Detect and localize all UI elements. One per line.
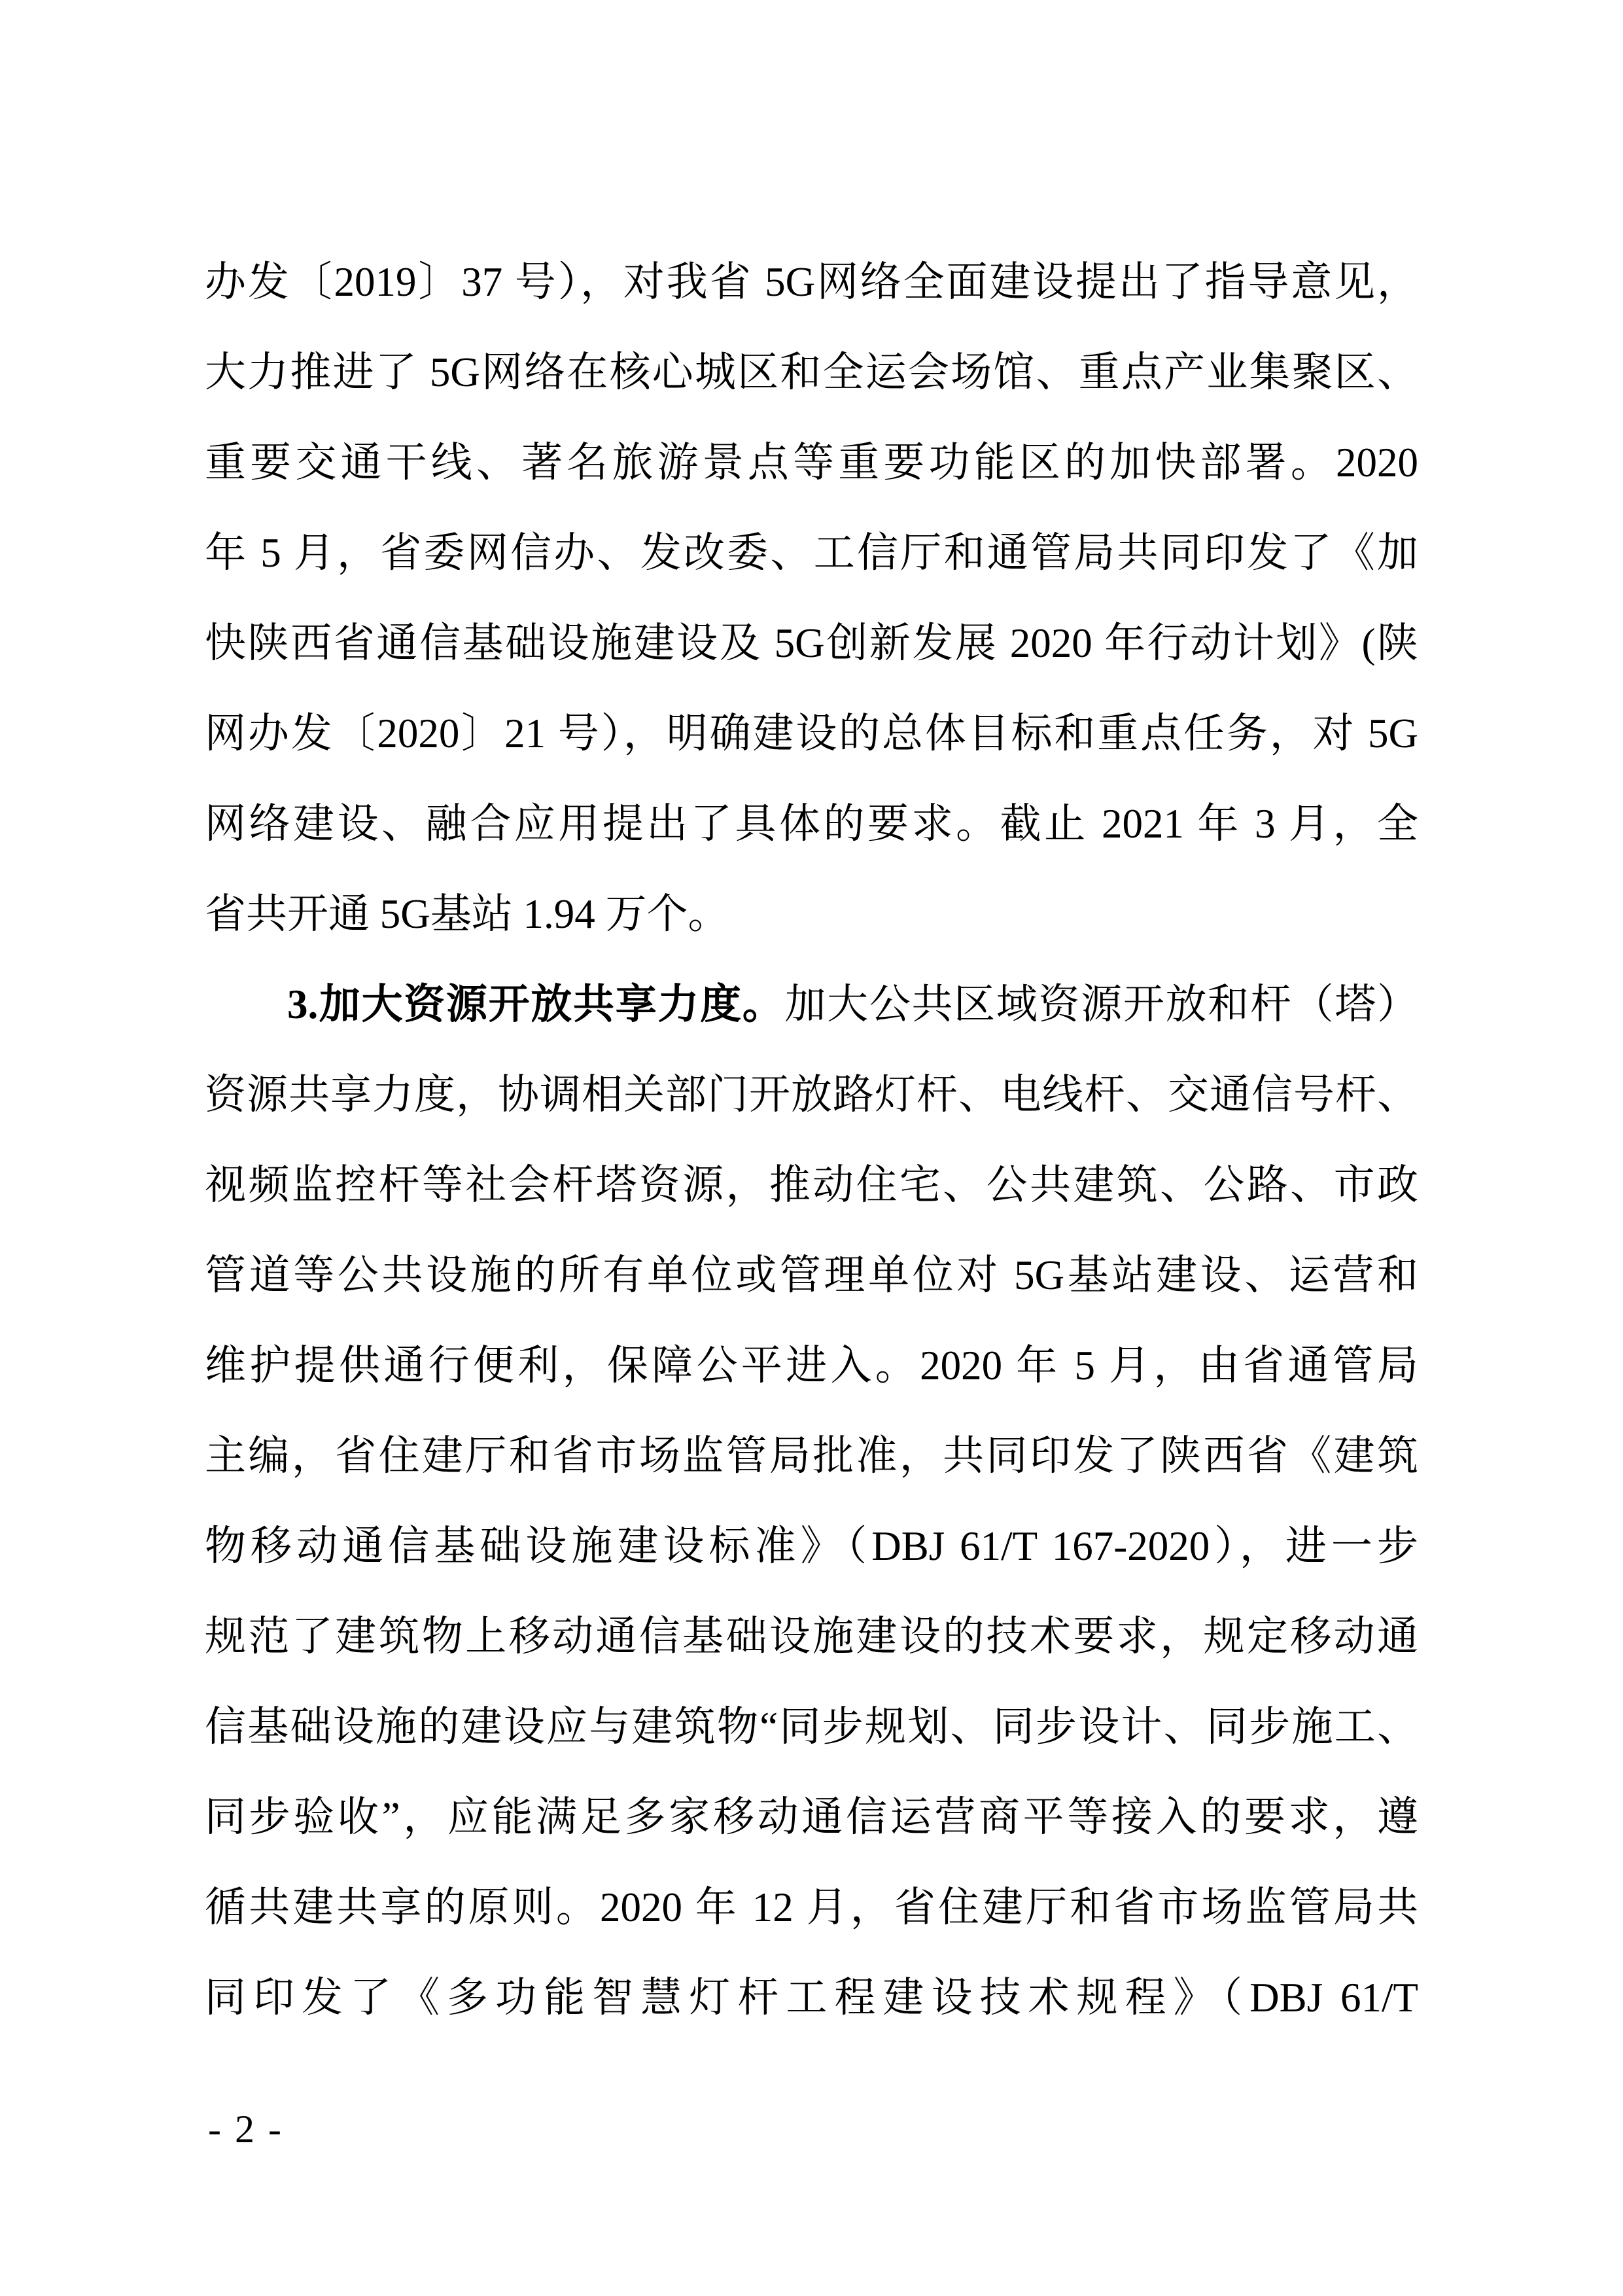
text-line: 管道等公共设施的所有单位或管理单位对 5G基站建设、运营和 [205, 1230, 1418, 1320]
text-line: 快陕西省通信基础设施建设及 5G创新发展 2020 年行动计划》(陕 [205, 598, 1418, 688]
document-page: 办发〔2019〕37 号），对我省 5G网络全面建设提出了指导意见，大力推进了 … [0, 0, 1623, 2296]
text-line: 大力推进了 5G网络在核心城区和全运会场馆、重点产业集聚区、 [205, 327, 1418, 417]
text-line: 省共开通 5G基站 1.94 万个。 [205, 869, 1418, 959]
text-line: 资源共享力度，协调相关部门开放路灯杆、电线杆、交通信号杆、 [205, 1050, 1418, 1140]
text-line: 3.加大资源开放共享力度。加大公共区域资源开放和杆（塔） [205, 959, 1418, 1050]
page-number: - 2 - [208, 2110, 281, 2149]
text-line: 信基础设施的建设应与建筑物“同步规划、同步设计、同步施工、 [205, 1682, 1418, 1772]
document-body: 办发〔2019〕37 号），对我省 5G网络全面建设提出了指导意见，大力推进了 … [205, 237, 1418, 2043]
text-line: 网络建设、融合应用提出了具体的要求。截止 2021 年 3 月，全 [205, 779, 1418, 869]
text-line: 同印发了《多功能智慧灯杆工程建设技术规程》（DBJ 61/T [205, 1952, 1418, 2043]
paragraph-heading: 3.加大资源开放共享力度。 [287, 981, 784, 1027]
text-line: 循共建共享的原则。2020 年 12 月，省住建厅和省市场监管局共 [205, 1862, 1418, 1952]
text-line: 视频监控杆等社会杆塔资源，推动住宅、公共建筑、公路、市政 [205, 1140, 1418, 1230]
text-line: 办发〔2019〕37 号），对我省 5G网络全面建设提出了指导意见， [205, 237, 1418, 327]
text-line: 物移动通信基础设施建设标准》（DBJ 61/T 167-2020），进一步 [205, 1501, 1418, 1591]
text-line: 主编，省住建厅和省市场监管局批准，共同印发了陕西省《建筑 [205, 1411, 1418, 1501]
text-line: 重要交通干线、著名旅游景点等重要功能区的加快部署。2020 [205, 417, 1418, 508]
text-line: 网办发〔2020〕21 号），明确建设的总体目标和重点任务，对 5G [205, 688, 1418, 779]
text-line: 同步验收”，应能满足多家移动通信运营商平等接入的要求，遵 [205, 1772, 1418, 1862]
text-line: 年 5 月，省委网信办、发改委、工信厅和通管局共同印发了《加 [205, 508, 1418, 598]
text-line: 规范了建筑物上移动通信基础设施建设的技术要求，规定移动通 [205, 1591, 1418, 1682]
text-line: 维护提供通行便利，保障公平进入。2020 年 5 月，由省通管局 [205, 1320, 1418, 1411]
